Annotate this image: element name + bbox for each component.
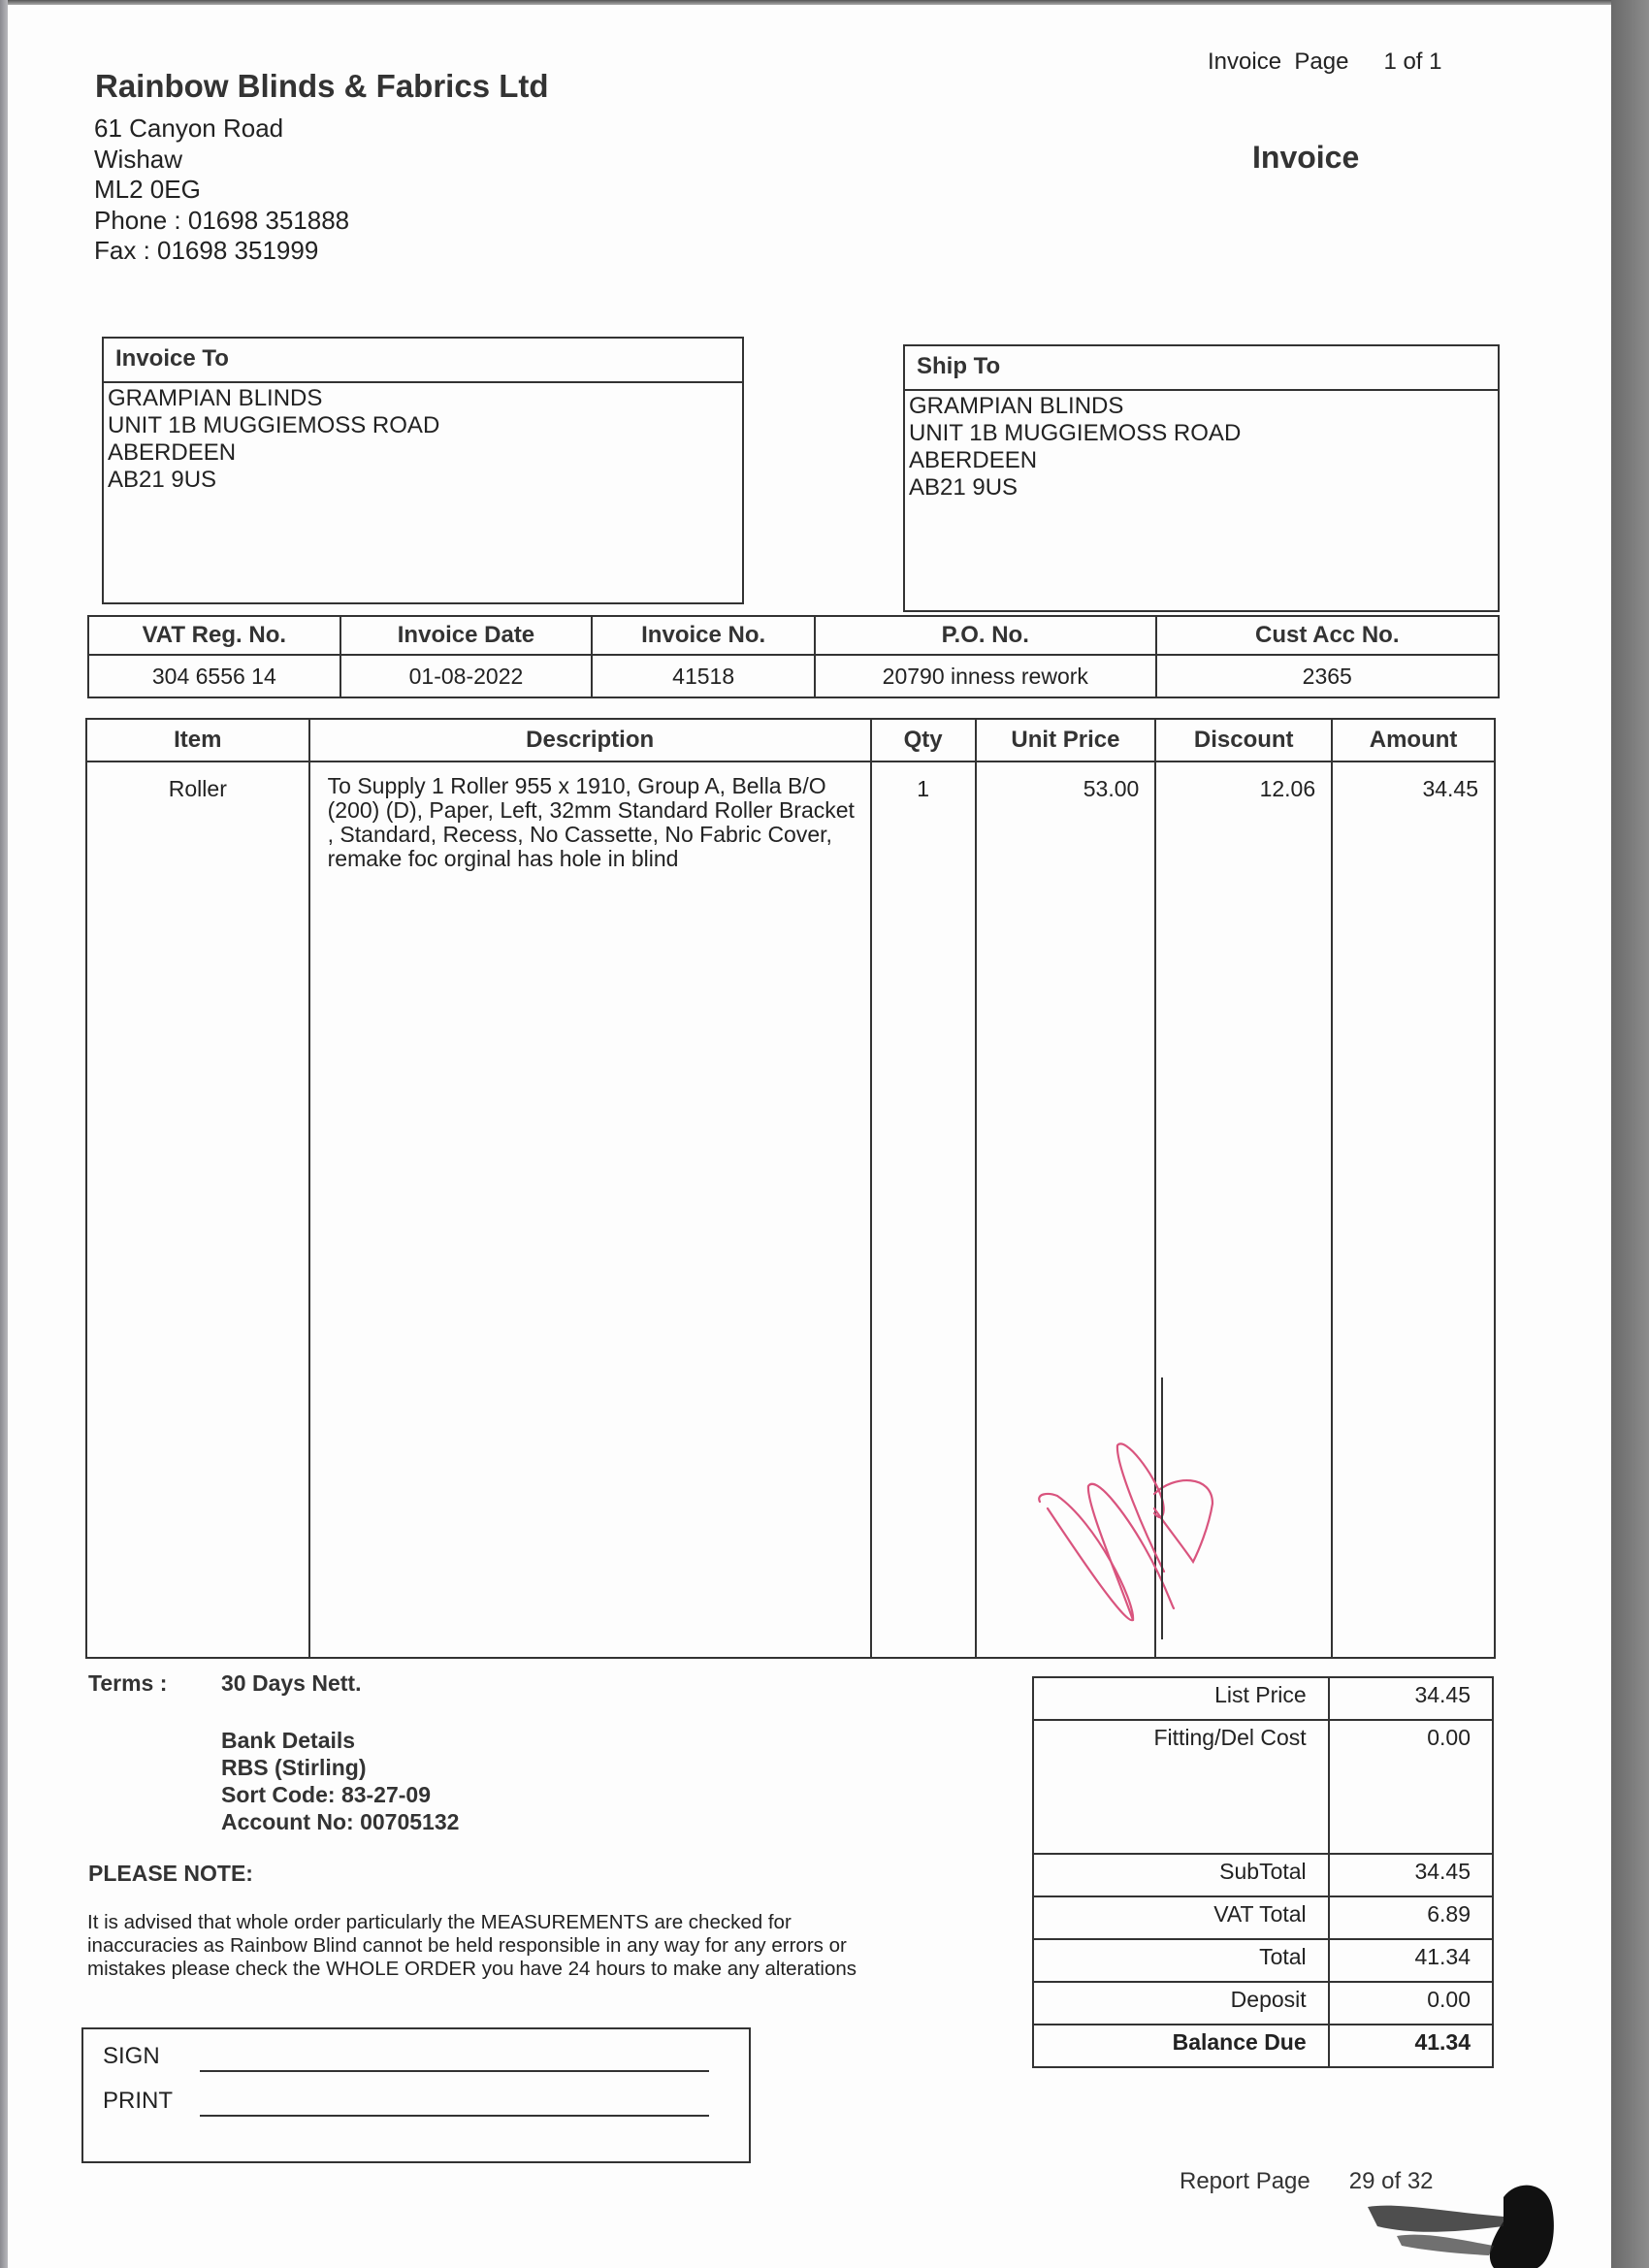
handwritten-initials — [1028, 1377, 1242, 1639]
ship-to-line: ABERDEEN — [909, 447, 1498, 474]
account-number: Account No: 00705132 — [221, 1808, 459, 1835]
unit-price-header: Unit Price — [976, 719, 1156, 761]
invoice-date-header: Invoice Date — [340, 616, 593, 655]
invoice-date-value: 01-08-2022 — [340, 655, 593, 697]
discount-header: Discount — [1155, 719, 1332, 761]
invoice-to-line: GRAMPIAN BLINDS — [108, 385, 742, 412]
ink-smudge — [1358, 2178, 1581, 2268]
subtotal-label: SubTotal — [1033, 1854, 1329, 1896]
print-label: PRINT — [103, 2088, 173, 2115]
cust-acc-header: Cust Acc No. — [1156, 616, 1499, 655]
sign-box: SIGN PRINT — [81, 2027, 751, 2163]
scan-edge-top — [0, 0, 1649, 5]
item-cell: Roller — [86, 761, 309, 1658]
list-price-value: 34.45 — [1329, 1677, 1493, 1720]
note-heading: PLEASE NOTE: — [88, 1861, 253, 1887]
note-line: It is advised that whole order particula… — [87, 1911, 1018, 1934]
item-header: Item — [86, 719, 309, 761]
ship-to-line: GRAMPIAN BLINDS — [909, 393, 1498, 420]
vat-reg-value: 304 6556 14 — [88, 655, 340, 697]
address-line: ML2 0EG — [94, 175, 349, 206]
sign-line[interactable] — [200, 2070, 709, 2072]
balance-due-value: 41.34 — [1329, 2025, 1493, 2067]
note-line: inaccuracies as Rainbow Blind cannot be … — [87, 1934, 1018, 1958]
description-header: Description — [309, 719, 871, 761]
terms-label: Terms : — [88, 1670, 167, 1697]
invoice-no-header: Invoice No. — [592, 616, 815, 655]
sign-label: SIGN — [103, 2043, 160, 2070]
invoice-page-label: Invoice Page — [1208, 49, 1348, 75]
fitting-label: Fitting/Del Cost — [1033, 1720, 1329, 1854]
address-line: 61 Canyon Road — [94, 113, 349, 145]
line-items-table: Item Description Qty Unit Price Discount… — [85, 718, 1496, 1659]
bank-details: Bank Details RBS (Stirling) Sort Code: 8… — [221, 1727, 459, 1835]
balance-due-label: Balance Due — [1033, 2025, 1329, 2067]
invoice-meta-table: VAT Reg. No. Invoice Date Invoice No. P.… — [87, 615, 1500, 698]
ship-to-line: UNIT 1B MUGGIEMOSS ROAD — [909, 420, 1498, 447]
vat-total-value: 6.89 — [1329, 1896, 1493, 1939]
deposit-value: 0.00 — [1329, 1982, 1493, 2025]
fitting-value: 0.00 — [1329, 1720, 1493, 1854]
ship-to-box: Ship To GRAMPIAN BLINDS UNIT 1B MUGGIEMO… — [903, 344, 1500, 612]
total-value: 41.34 — [1329, 1939, 1493, 1982]
qty-header: Qty — [871, 719, 976, 761]
invoice-page-indicator: Invoice Page1 of 1 — [1208, 49, 1441, 76]
print-line[interactable] — [200, 2115, 709, 2117]
cust-acc-value: 2365 — [1156, 655, 1499, 697]
description-cell: To Supply 1 Roller 955 x 1910, Group A, … — [309, 761, 871, 1658]
po-no-value: 20790 inness rework — [815, 655, 1155, 697]
sort-code: Sort Code: 83-27-09 — [221, 1781, 459, 1808]
fax-line: Fax : 01698 351999 — [94, 236, 349, 267]
ship-to-line: AB21 9US — [909, 474, 1498, 502]
po-no-header: P.O. No. — [815, 616, 1155, 655]
invoice-to-line: UNIT 1B MUGGIEMOSS ROAD — [108, 412, 742, 439]
total-label: Total — [1033, 1939, 1329, 1982]
bank-details-heading: Bank Details — [221, 1727, 459, 1754]
invoice-no-value: 41518 — [592, 655, 815, 697]
table-row: Roller To Supply 1 Roller 955 x 1910, Gr… — [86, 761, 1495, 1658]
amount-header: Amount — [1332, 719, 1495, 761]
bank-name: RBS (Stirling) — [221, 1754, 459, 1781]
company-address: 61 Canyon Road Wishaw ML2 0EG Phone : 01… — [94, 113, 349, 267]
terms-value: 30 Days Nett. — [221, 1670, 361, 1697]
vat-reg-header: VAT Reg. No. — [88, 616, 340, 655]
amount-cell: 34.45 — [1332, 761, 1495, 1658]
report-page-label: Report Page — [1180, 2168, 1310, 2194]
ship-to-label: Ship To — [905, 346, 1498, 391]
vat-total-label: VAT Total — [1033, 1896, 1329, 1939]
invoice-to-label: Invoice To — [104, 339, 742, 383]
note-line: mistakes please check the WHOLE ORDER yo… — [87, 1958, 1018, 1981]
invoice-to-line: AB21 9US — [108, 467, 742, 494]
list-price-label: List Price — [1033, 1677, 1329, 1720]
phone-line: Phone : 01698 351888 — [94, 206, 349, 237]
document-title: Invoice — [1252, 140, 1359, 176]
invoice-to-line: ABERDEEN — [108, 439, 742, 467]
scan-edge-left — [0, 0, 8, 2268]
scan-edge-right — [1611, 0, 1649, 2268]
subtotal-value: 34.45 — [1329, 1854, 1493, 1896]
address-line: Wishaw — [94, 145, 349, 176]
note-text: It is advised that whole order particula… — [87, 1911, 1018, 1981]
invoice-to-box: Invoice To GRAMPIAN BLINDS UNIT 1B MUGGI… — [102, 337, 744, 604]
invoice-page-value: 1 of 1 — [1383, 49, 1441, 75]
company-name: Rainbow Blinds & Fabrics Ltd — [95, 68, 549, 105]
deposit-label: Deposit — [1033, 1982, 1329, 2025]
totals-table: List Price 34.45 Fitting/Del Cost 0.00 S… — [1032, 1676, 1494, 2068]
qty-cell: 1 — [871, 761, 976, 1658]
